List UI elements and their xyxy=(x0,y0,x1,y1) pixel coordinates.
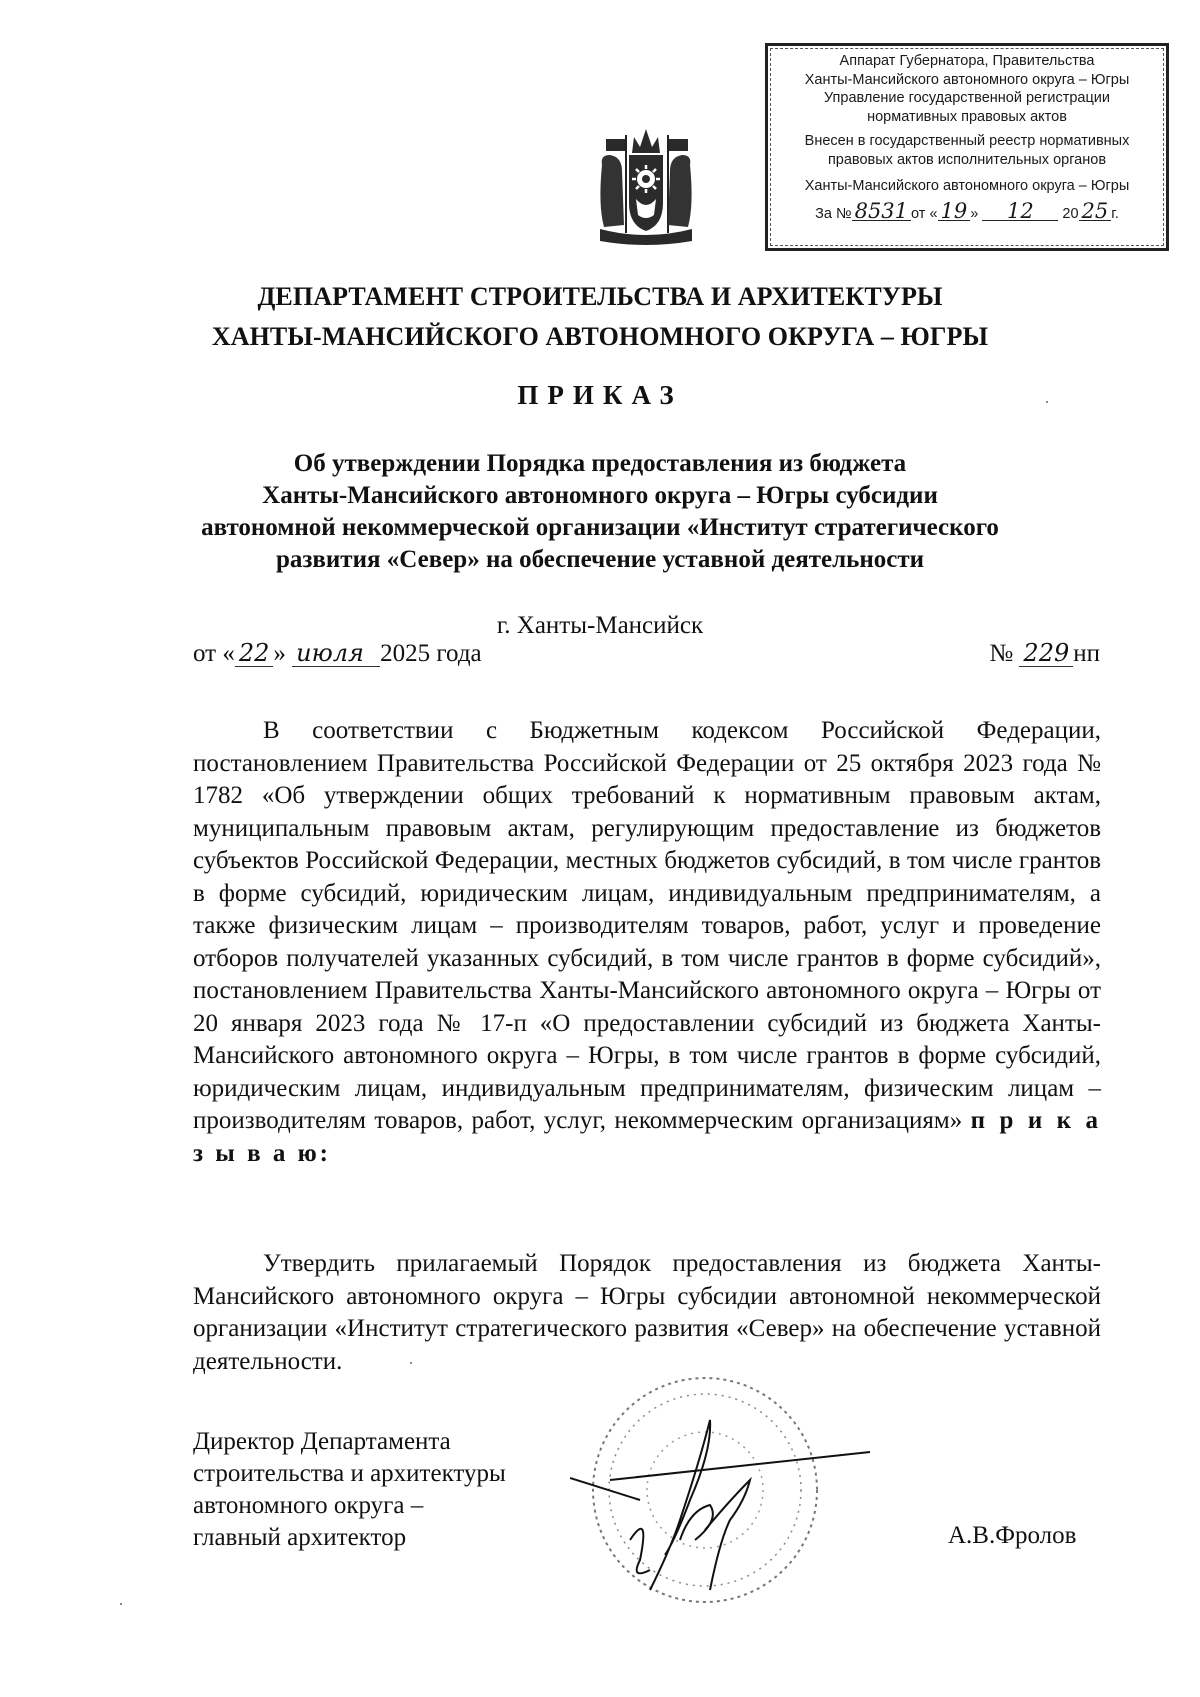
number-prefix: № xyxy=(989,640,1013,667)
registration-stamp: Аппарат Губернатора, Правительства Ханты… xyxy=(765,43,1169,251)
date-prefix: от « xyxy=(193,640,235,667)
stamp-line: Управление государственной регистрации xyxy=(768,89,1166,108)
signer-title-line: главный архитектор xyxy=(193,1522,506,1554)
reg-number-handwritten: 8531 xyxy=(852,202,911,221)
stamp-line: Внесен в государственный реестр норматив… xyxy=(768,132,1166,151)
signature-icon xyxy=(570,1390,930,1610)
stamp-line: Аппарат Губернатора, Правительства xyxy=(768,52,1166,71)
preamble-paragraph: В соответствии с Бюджетным кодексом Росс… xyxy=(193,715,1101,1170)
department-line: ХАНТЫ-МАНСИЙСКОГО АВТОНОМНОГО ОКРУГА – Ю… xyxy=(0,317,1200,357)
date-month-handwritten: июля xyxy=(292,640,380,667)
document-page: Аппарат Губернатора, Правительства Ханты… xyxy=(0,0,1200,1697)
reg-year-handwritten: 25 xyxy=(1079,202,1112,221)
subject-line: развития «Север» на обеспечение уставной… xyxy=(0,544,1200,576)
scan-speck xyxy=(410,1362,412,1364)
signer-name: А.В.Фролов xyxy=(948,1522,1076,1550)
reg-year-end: г. xyxy=(1111,206,1119,222)
reg-quote: » xyxy=(970,206,978,222)
order-text: Утвердить прилагаемый Порядок предоставл… xyxy=(193,1248,1101,1378)
department-title: ДЕПАРТАМЕНТ СТРОИТЕЛЬСТВА И АРХИТЕКТУРЫ … xyxy=(0,277,1200,357)
stamp-registration-line: За №8531от «19» 12 2025г. xyxy=(768,202,1166,224)
preamble-text: В соответствии с Бюджетным кодексом Росс… xyxy=(193,717,1101,1134)
number-handwritten: 229 xyxy=(1019,640,1073,667)
subject-line: Об утверждении Порядка предоставления из… xyxy=(0,448,1200,480)
reg-year-prefix: 20 xyxy=(1062,206,1078,222)
date-quote: » xyxy=(273,640,286,667)
stamp-line: правовых актов исполнительных органов xyxy=(768,151,1166,170)
signer-title-line: строительства и архитектуры xyxy=(193,1458,506,1490)
coat-of-arms-icon xyxy=(598,115,694,247)
stamp-line: нормативных правовых актов xyxy=(768,108,1166,127)
scan-speck xyxy=(120,1603,122,1605)
subject-line: Ханты-Мансийского автономного округа – Ю… xyxy=(0,480,1200,512)
reg-prefix: За № xyxy=(815,206,851,222)
place: г. Ханты-Мансийск xyxy=(0,612,1200,640)
order-number: № 229нп xyxy=(989,640,1100,668)
number-suffix: нп xyxy=(1073,640,1100,667)
document-type: ПРИКАЗ xyxy=(0,380,1200,411)
order-date: от «22» июля2025 года xyxy=(193,640,482,668)
reg-month-handwritten: 12 xyxy=(982,202,1058,221)
order-subject: Об утверждении Порядка предоставления из… xyxy=(0,448,1200,576)
date-day-handwritten: 22 xyxy=(235,640,274,667)
reg-day-handwritten: 19 xyxy=(938,202,971,221)
department-line: ДЕПАРТАМЕНТ СТРОИТЕЛЬСТВА И АРХИТЕКТУРЫ xyxy=(0,277,1200,317)
order-paragraph: Утвердить прилагаемый Порядок предоставл… xyxy=(193,1248,1101,1378)
stamp-line: Ханты-Мансийского автономного округа – Ю… xyxy=(768,71,1166,90)
scan-speck xyxy=(1046,401,1048,403)
stamp-region-line: Ханты-Мансийского автономного округа – Ю… xyxy=(768,177,1166,196)
subject-line: автономной некоммерческой организации «И… xyxy=(0,512,1200,544)
reg-from: от « xyxy=(911,206,937,222)
signer-title: Директор Департамента строительства и ар… xyxy=(193,1426,506,1554)
date-year: 2025 года xyxy=(380,640,481,667)
signer-title-line: автономного округа – xyxy=(193,1490,506,1522)
signer-title-line: Директор Департамента xyxy=(193,1426,506,1458)
